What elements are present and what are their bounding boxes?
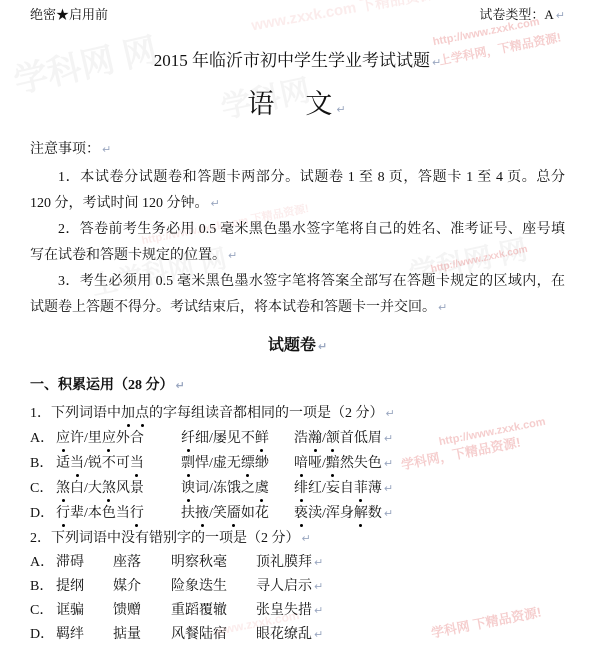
page-header: 绝密★启用前 试卷类型：A↵ — [30, 0, 565, 24]
option-cell: 顶礼膜拜 — [256, 551, 312, 575]
return-mark: ↵ — [302, 532, 311, 545]
return-mark: ↵ — [432, 56, 441, 69]
option-cell: 滞碍 — [56, 551, 113, 575]
question-stem: 1．下列词语中加点的字每组读音都相同的一项是（2 分）↵ — [30, 401, 565, 426]
option-label: C． — [30, 599, 56, 623]
option-cell: 羁绊 — [56, 623, 113, 647]
return-mark: ↵ — [102, 143, 111, 156]
return-mark: ↵ — [318, 340, 327, 353]
return-mark: ↵ — [384, 501, 393, 526]
return-mark: ↵ — [211, 197, 220, 210]
paper-type: 试卷类型：A↵ — [479, 7, 565, 24]
option-cell: 亵渎/浑身解数 — [294, 501, 382, 526]
option-cell: 掂量 — [113, 623, 171, 647]
return-mark: ↵ — [336, 103, 347, 116]
paper-heading-text: 试题卷 — [268, 337, 316, 354]
option-row: B．适当/锐不可当剽悍/虚无缥缈喑哑/黯然失色↵ — [30, 451, 565, 476]
option-cell: 剽悍/虚无缥缈 — [181, 451, 294, 476]
option-label: D． — [30, 501, 56, 526]
exam-page: 绝密★启用前 试卷类型：A↵ 2015 年临沂市初中学生学业考试试题↵ 语 文↵… — [0, 0, 595, 658]
option-label: D． — [30, 623, 56, 647]
return-mark: ↵ — [384, 451, 393, 476]
option-cell: 应许/里应外合 — [56, 426, 181, 451]
return-mark: ↵ — [314, 599, 323, 623]
notice-item: 3．考生必须用 0.5 毫米黑色墨水签字笔将答案全部写在答题卡规定的区域内，在试… — [30, 269, 565, 321]
subject-title-text: 语 文 — [247, 89, 334, 119]
return-mark: ↵ — [176, 379, 185, 392]
option-cell: 绯红/妄自菲薄 — [294, 476, 382, 501]
return-mark: ↵ — [384, 426, 393, 451]
option-cell: 提纲 — [56, 575, 113, 599]
option-label: B． — [30, 451, 56, 476]
option-cell: 行辈/本色当行 — [56, 501, 181, 526]
option-cell: 扶掖/笑靥如花 — [181, 501, 294, 526]
option-row: D．羁绊掂量风餐陆宿眼花缭乱↵ — [30, 623, 565, 647]
page-title-text: 2015 年临沂市初中学生学业考试试题 — [154, 51, 430, 70]
return-mark: ↵ — [314, 623, 323, 647]
security-classification: 绝密★启用前 — [30, 7, 108, 24]
option-cell: 媒介 — [113, 575, 171, 599]
section-heading-text: 一、积累运用（28 分） — [30, 378, 174, 393]
option-row: C．诓骗馈赠重蹈覆辙张皇失措↵ — [30, 599, 565, 623]
notice-item: 2．答卷前考生务必用 0.5 毫米黑色墨水签字笔将自己的姓名、准考证号、座号填写… — [30, 217, 565, 269]
return-mark: ↵ — [314, 551, 323, 575]
return-mark: ↵ — [228, 249, 237, 262]
option-row: A．应许/里应外合纤细/屡见不鲜浩瀚/颔首低眉↵ — [30, 426, 565, 451]
notice-heading-text: 注意事项： — [30, 142, 100, 157]
option-cell: 谀词/冻饿之虞 — [181, 476, 294, 501]
option-label: A． — [30, 426, 56, 451]
return-mark: ↵ — [384, 476, 393, 501]
option-cell: 寻人启示 — [256, 575, 312, 599]
option-cell: 适当/锐不可当 — [56, 451, 181, 476]
paper-type-label: 试卷类型：A — [479, 7, 553, 22]
option-cell: 座落 — [113, 551, 171, 575]
question-stem: 2．下列词语中没有错别字的一项是（2 分）↵ — [30, 526, 565, 551]
option-cell: 险象迭生 — [171, 575, 256, 599]
option-cell: 眼花缭乱 — [256, 623, 312, 647]
notice-item: 1．本试卷分试题卷和答题卡两部分。试题卷 1 至 8 页，答题卡 1 至 4 页… — [30, 165, 565, 217]
option-row: D．行辈/本色当行扶掖/笑靥如花亵渎/浑身解数↵ — [30, 501, 565, 526]
option-cell: 纤细/屡见不鲜 — [181, 426, 294, 451]
option-cell: 明察秋毫 — [171, 551, 256, 575]
return-mark: ↵ — [556, 9, 565, 22]
option-label: A． — [30, 551, 56, 575]
section-heading: 一、积累运用（28 分）↵ — [30, 376, 565, 396]
questions: 1．下列词语中加点的字每组读音都相同的一项是（2 分）↵A．应许/里应外合纤细/… — [30, 401, 565, 647]
subject-title: 语 文↵ — [30, 87, 565, 127]
return-mark: ↵ — [314, 575, 323, 599]
option-cell: 浩瀚/颔首低眉 — [294, 426, 382, 451]
option-row: A．滞碍座落明察秋毫顶礼膜拜↵ — [30, 551, 565, 575]
option-cell: 风餐陆宿 — [171, 623, 256, 647]
option-row: B．提纲媒介险象迭生寻人启示↵ — [30, 575, 565, 599]
page-title: 2015 年临沂市初中学生学业考试试题↵ — [30, 49, 565, 75]
option-cell: 诓骗 — [56, 599, 113, 623]
option-cell: 张皇失措 — [256, 599, 312, 623]
option-row: C．煞白/大煞风景谀词/冻饿之虞绯红/妄自菲薄↵ — [30, 476, 565, 501]
notice-heading: 注意事项：↵ — [30, 141, 565, 159]
option-label: C． — [30, 476, 56, 501]
option-cell: 重蹈覆辙 — [171, 599, 256, 623]
return-mark: ↵ — [386, 407, 395, 420]
option-cell: 馈赠 — [113, 599, 171, 623]
return-mark: ↵ — [438, 301, 447, 314]
option-cell: 煞白/大煞风景 — [56, 476, 181, 501]
option-cell: 喑哑/黯然失色 — [294, 451, 382, 476]
notice-list: 1．本试卷分试题卷和答题卡两部分。试题卷 1 至 8 页，答题卡 1 至 4 页… — [30, 165, 565, 321]
option-label: B． — [30, 575, 56, 599]
paper-heading: 试题卷↵ — [30, 335, 565, 358]
